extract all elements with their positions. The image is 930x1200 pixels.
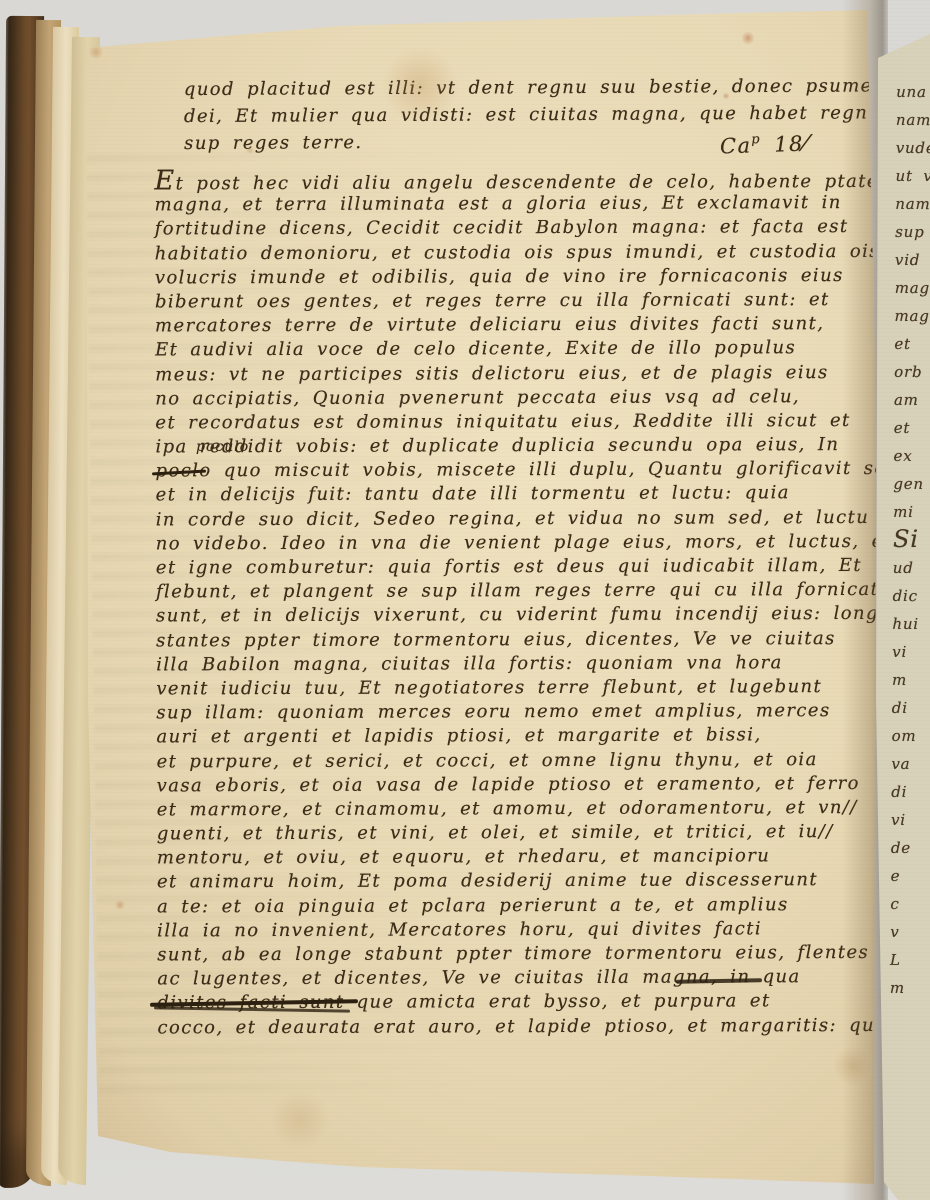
facing-page-line: vi [891, 806, 930, 834]
manuscript-line: venit iudiciu tuu, Et negotiatores terre… [156, 675, 930, 702]
facing-page-line: gen [893, 470, 930, 498]
facing-page-line: di [892, 694, 930, 722]
facing-page-line: vi [892, 638, 930, 666]
facing-page-line: orb [894, 358, 930, 386]
facing-page-line: et [894, 330, 930, 358]
facing-page-line: am [894, 386, 930, 414]
manuscript-line: et recordatus est dominus iniquitatu eiu… [155, 408, 930, 435]
facing-page-line: e [891, 862, 930, 890]
facing-page-line: et [894, 414, 930, 442]
manuscript-line: stantes ppter timore tormentoru eius, di… [156, 626, 930, 653]
chapter-number: 18 [774, 132, 804, 157]
facing-page-line: dic [893, 582, 930, 610]
facing-page-line: ud [893, 554, 930, 582]
manuscript-line: Et post hec vidi aliu angelu descendente… [154, 167, 930, 194]
manuscript-line: et purpure, et serici, et cocci, et omne… [157, 747, 930, 774]
manuscript-line: no videbo. Ideo in vna die venient plage… [156, 529, 930, 556]
manuscript-line: ipa reddidit vobis: et duplicate duplici… [155, 433, 930, 460]
intro-paragraph: quod placitud est illi: vt dent regnu su… [184, 72, 930, 157]
manuscript-line: habitatio demonioru, et custodia ois spu… [155, 239, 930, 266]
manuscript-line: et animaru hoim, Et poma desiderij anime… [157, 868, 930, 895]
manuscript-line: illa Babilon magna, ciuitas illa fortis:… [156, 650, 930, 677]
manuscript-line: sunt, et in delicijs vixerunt, cu videri… [156, 602, 930, 629]
chapter-prefix: Ca [720, 133, 752, 158]
manuscript-line: ac lugentes, et dicentes, Ve ve ciuitas … [157, 965, 930, 992]
facing-page-line: ex [893, 442, 930, 470]
facing-page-line: de [891, 834, 930, 862]
facing-page-line: ut v [895, 162, 930, 190]
manuscript-line: sup illam: quoniam merces eoru nemo emet… [156, 699, 930, 726]
facing-page-line: mag [894, 302, 930, 330]
facing-page-line: nam [895, 190, 930, 218]
facing-page-line: om [892, 722, 930, 750]
facing-page-line: sup [895, 218, 930, 246]
facing-page-line: m [890, 974, 930, 1002]
manuscript-line: in corde suo dicit, Sedeo regina, et vid… [156, 505, 930, 532]
facing-page-line: vid [895, 246, 930, 274]
manuscript-line: meus: vt ne participes sitis delictoru e… [155, 360, 930, 387]
chapter-mark: Cap 18⁄ [720, 130, 808, 159]
manuscript-line: guenti, et thuris, et vini, et olei, et … [157, 820, 930, 847]
facing-page-line: mi [893, 498, 930, 526]
facing-page-line: mag [895, 274, 930, 302]
manuscript-line: Et audivi alia voce de celo dicente, Exi… [155, 336, 930, 363]
manuscript-line: divites facti sunt que amicta erat bysso… [157, 989, 930, 1016]
manuscript-line: cocco, et deaurata erat auro, et lapide … [157, 1013, 930, 1040]
manuscript-line: quod placitud est illi: vt dent regnu su… [184, 72, 930, 103]
manuscript-line: volucris imunde et odibilis, quia de vin… [155, 263, 930, 290]
facing-page-line: m [892, 666, 930, 694]
manuscript-page: quod placitud est illi: vt dent regnu su… [0, 0, 930, 1200]
facing-page-line: v [890, 918, 930, 946]
manuscript-line: sunt, ab ea longe stabunt ppter timore t… [157, 941, 930, 968]
manuscript-line: et marmore, et cinamomu, et amomu, et od… [157, 795, 930, 822]
interlinear-correction: poculo [196, 439, 249, 455]
facing-page-text: unanamqvudeut vnamsupvidmagmagetorbamete… [890, 78, 930, 1002]
manuscript-line: fortitudine dicens, Cecidit cecidit Baby… [155, 215, 930, 242]
manuscript-line: mentoru, et oviu, et equoru, et rhedaru,… [157, 844, 930, 871]
manuscript-line: a te: et oia pinguia et pclara perierunt… [157, 892, 930, 919]
manuscript-line: et igne comburetur: quia fortis est deus… [156, 554, 930, 581]
manuscript-line: magna, et terra illuminata est a gloria … [155, 191, 930, 218]
facing-page-line: c [890, 890, 930, 918]
manuscript-line: mercatores terre de virtute deliciaru ei… [155, 312, 930, 339]
manuscript-photo: quod placitud est illi: vt dent regnu su… [0, 0, 930, 1200]
manuscript-line: illa ia no invenient, Mercatores horu, q… [157, 916, 930, 943]
manuscript-line: auri et argenti et lapidis ptiosi, et ma… [156, 723, 930, 750]
facing-page-line: di [891, 778, 930, 806]
manuscript-line: flebunt, et plangent se sup illam reges … [156, 578, 930, 605]
manuscript-line: sup reges terre. [184, 126, 930, 157]
chapter-superscript: p [751, 132, 761, 147]
manuscript-line: vasa eboris, et oia vasa de lapide ptios… [157, 771, 930, 798]
manuscript-line: no accipiatis, Quonia pvenerunt peccata … [155, 384, 930, 411]
facing-page-line: namq [896, 106, 930, 134]
facing-page-line: Si [893, 526, 930, 554]
manuscript-line: et in delicijs fuit: tantu date illi tor… [156, 481, 930, 508]
manuscript-line: poclo quo miscuit vobis, miscete illi du… [155, 457, 930, 484]
manuscript-line: biberunt oes gentes, et reges terre cu i… [155, 288, 930, 315]
manuscript-line: dei, Et mulier qua vidisti: est ciuitas … [184, 99, 930, 130]
body-paragraph: Et post hec vidi aliu angelu descendente… [154, 167, 930, 1041]
facing-page-line: va [891, 750, 930, 778]
facing-page-line: vude [896, 134, 930, 162]
facing-page-line: una [896, 78, 930, 106]
facing-page-line: L [890, 946, 930, 974]
facing-page-line: hui [892, 610, 930, 638]
